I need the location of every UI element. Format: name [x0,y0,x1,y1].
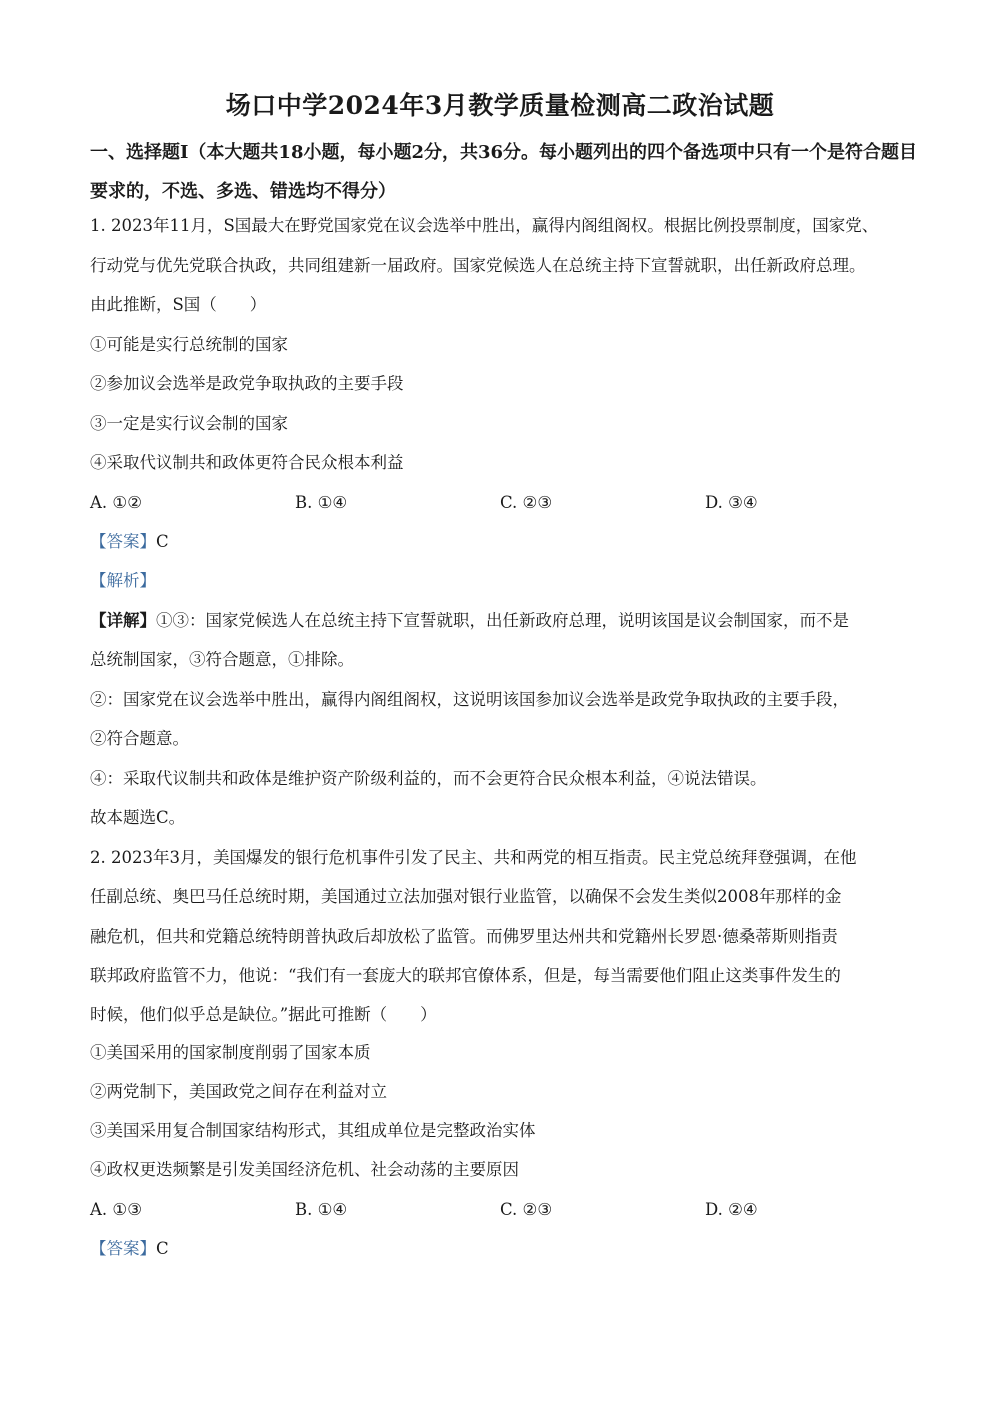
q1-options: A. ①② B. ①④ C. ②③ D. ③④ [90,491,920,515]
q2-option-d: D. ②④ [705,1198,910,1222]
q2-statement-1: ①美国采用的国家制度削弱了国家本质 [90,1041,371,1065]
section-heading: 一、选择题Ⅰ（本大题共18小题，每小题2分，共36分。每小题列出的四个备选项中只… [90,133,920,211]
q1-detail-line-1: 【详解】①③：国家党候选人在总统主持下宣誓就职，出任新政府总理，说明该国是议会制… [90,609,849,633]
q1-detail-line-4: ②符合题意。 [90,727,189,751]
q1-analysis: 【解析】 [90,569,156,593]
exam-title: 场口中学2024年3月教学质量检测高二政治试题 [90,86,910,122]
detail-label: 【详解】 [90,611,156,630]
q2-option-b: B. ①④ [295,1198,500,1222]
q1-statement-4: ④采取代议制共和政体更符合民众根本利益 [90,451,404,475]
q2-answer: 【答案】C [90,1237,169,1261]
q2-stem-line-5: 时候，他们似乎总是缺位。”据此可推断（ ） [90,1003,437,1027]
answer-label: 【答案】 [90,1239,156,1258]
answer-value: C [156,532,169,551]
q1-stem-line-1: 1. 2023年11月，S国最大在野党国家党在议会选举中胜出，赢得内阁组阁权。根… [90,214,878,238]
q2-stem-line-2: 任副总统、奥巴马任总统时期，美国通过立法加强对银行业监管，以确保不会发生类似20… [90,885,842,909]
q2-option-a: A. ①③ [90,1198,295,1222]
q1-option-a: A. ①② [90,491,295,515]
q1-detail-line-3: ②：国家党在议会选举中胜出，赢得内阁组阁权，这说明该国参加议会选举是政党争取执政… [90,688,849,712]
q1-option-b: B. ①④ [295,491,500,515]
q1-option-d: D. ③④ [705,491,910,515]
q1-statement-1: ①可能是实行总统制的国家 [90,333,288,357]
q1-statement-2: ②参加议会选举是政党争取执政的主要手段 [90,372,404,396]
q2-statement-3: ③美国采用复合制国家结构形式，其组成单位是完整政治实体 [90,1119,536,1143]
q1-detail-line-2: 总统制国家，③符合题意，①排除。 [90,648,354,672]
q1-detail-line-6: 故本题选C。 [90,806,185,830]
q1-detail-line-5: ④：采取代议制共和政体是维护资产阶级利益的，而不会更符合民众根本利益，④说法错误… [90,767,767,791]
q1-statement-3: ③一定是实行议会制的国家 [90,412,288,436]
answer-value: C [156,1239,169,1258]
q2-stem-line-1: 2. 2023年3月，美国爆发的银行危机事件引发了民主、共和两党的相互指责。民主… [90,846,856,870]
detail-text: ①③：国家党候选人在总统主持下宣誓就职，出任新政府总理，说明该国是议会制国家，而… [156,611,849,630]
q1-stem-line-2: 行动党与优先党联合执政，共同组建新一届政府。国家党候选人在总统主持下宣誓就职，出… [90,254,866,278]
q1-option-c: C. ②③ [500,491,705,515]
q2-stem-line-4: 联邦政府监管不力，他说：“我们有一套庞大的联邦官僚体系，但是，每当需要他们阻止这… [90,964,841,988]
answer-label: 【答案】 [90,532,156,551]
q2-stem-line-3: 融危机，但共和党籍总统特朗普执政后却放松了监管。而佛罗里达州共和党籍州长罗恩·德… [90,925,838,949]
q1-stem-line-3: 由此推断，S国（ ） [90,293,266,317]
q2-statement-4: ④政权更迭频繁是引发美国经济危机、社会动荡的主要原因 [90,1158,519,1182]
q2-option-c: C. ②③ [500,1198,705,1222]
analysis-label: 【解析】 [90,571,156,590]
q1-answer: 【答案】C [90,530,169,554]
q2-options: A. ①③ B. ①④ C. ②③ D. ②④ [90,1198,920,1222]
q2-statement-2: ②两党制下，美国政党之间存在利益对立 [90,1080,387,1104]
